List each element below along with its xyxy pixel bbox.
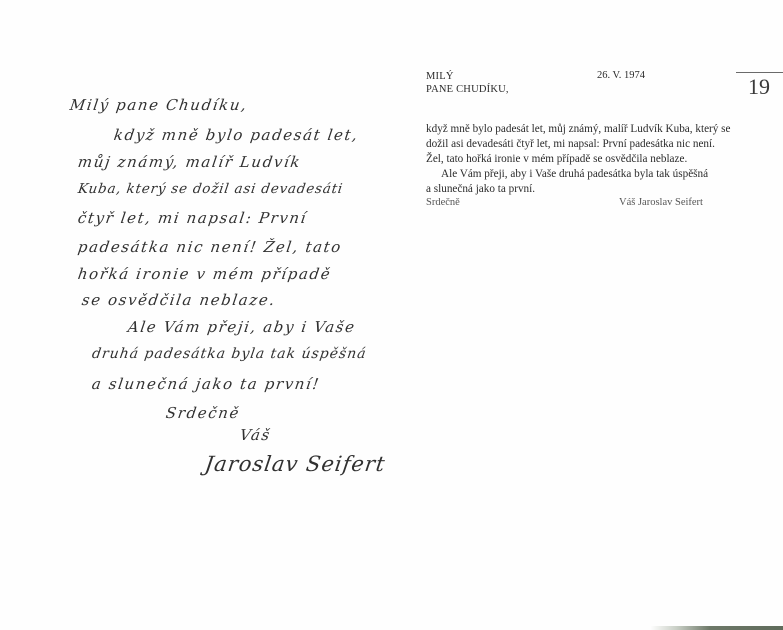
handwritten-line: když mně bylo padesát let,: [113, 126, 360, 144]
salutation-line: MILÝ: [426, 70, 509, 83]
book-spread: Milý pane Chudíku, když mně bylo padesát…: [0, 0, 783, 630]
handwritten-letter-page: Milý pane Chudíku, když mně bylo padesát…: [0, 0, 400, 630]
handwritten-yours: Váš: [239, 426, 272, 444]
body-line: a slunečná jako ta první.: [426, 182, 726, 197]
handwritten-line: padesátka nic není! Žel, tato: [77, 238, 344, 256]
body-line: Žel, tato hořká ironie v mém případě se …: [426, 152, 726, 167]
letter-body: když mně bylo padesát let, můj známý, ma…: [426, 122, 726, 197]
handwritten-line: můj známý, malíř Ludvík: [77, 153, 303, 171]
closing: Srdečně: [426, 197, 460, 208]
handwritten-line: Ale Vám přeji, aby i Vaše: [127, 318, 357, 336]
letter-date: 26. V. 1974: [597, 70, 645, 81]
handwritten-greeting: Milý pane Chudíku,: [69, 96, 249, 114]
handwritten-line: hořká ironie v mém případě: [77, 265, 333, 283]
body-line: dožil asi devadesáti čtyř let, mi napsal…: [426, 137, 726, 152]
printed-transcription-page: MILÝ PANE CHUDÍKU, 26. V. 1974 19 když m…: [400, 0, 783, 630]
handwritten-line: se osvědčila neblaze.: [81, 291, 277, 309]
handwritten-line: druhá padesátka byla tak úspěšná: [91, 346, 368, 362]
handwritten-signature: Jaroslav Seifert: [203, 452, 387, 476]
handwritten-closing: Srdečně: [165, 404, 242, 422]
page-number-rule: [736, 72, 783, 73]
body-line: když mně bylo padesát let, můj známý, ma…: [426, 122, 726, 137]
signature: Váš Jaroslav Seifert: [619, 197, 703, 208]
salutation: MILÝ PANE CHUDÍKU,: [426, 70, 509, 96]
handwritten-line: čtyř let, mi napsal: První: [77, 209, 309, 227]
page-edge: [650, 626, 783, 630]
handwritten-line: a slunečná jako ta první!: [91, 375, 322, 393]
handwritten-line: Kuba, který se dožil asi devadesáti: [77, 181, 344, 197]
page-number: 19: [748, 74, 770, 100]
salutation-line: PANE CHUDÍKU,: [426, 83, 509, 96]
body-line: Ale Vám přeji, aby i Vaše druhá padesátk…: [426, 167, 726, 182]
